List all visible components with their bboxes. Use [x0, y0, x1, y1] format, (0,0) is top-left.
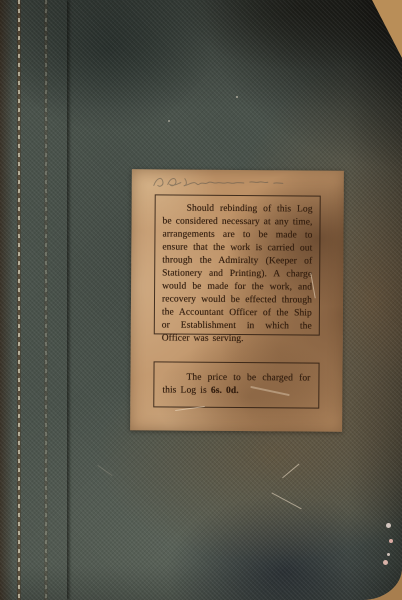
- rebinding-notice-text: Should rebinding of this Log be consider…: [155, 195, 320, 346]
- price-notice-text: The price to be charged for this Log is …: [154, 362, 318, 398]
- spine-left-edge: [0, 0, 14, 600]
- book-cover-photo: Should rebinding of this Log be consider…: [0, 0, 402, 600]
- rebinding-notice-box: Should rebinding of this Log be consider…: [154, 194, 321, 335]
- spine-seam-faint: [45, 0, 47, 600]
- paint-speck: [386, 523, 391, 528]
- spine-seam: [18, 0, 20, 600]
- paint-speck: [168, 120, 170, 122]
- price-notice-amount: 6s. 0d.: [211, 386, 239, 396]
- leather-spine: [0, 0, 67, 600]
- rebinding-label: Should rebinding of this Log be consider…: [130, 169, 344, 431]
- paint-speck: [389, 539, 393, 543]
- handwritten-signature: [150, 172, 305, 193]
- price-notice-box: The price to be charged for this Log is …: [153, 361, 319, 408]
- paint-speck: [387, 553, 390, 556]
- paint-speck: [236, 96, 238, 98]
- paint-speck: [383, 560, 388, 565]
- worn-corner-top-right: [372, 0, 402, 58]
- book-cover: Should rebinding of this Log be consider…: [0, 0, 402, 600]
